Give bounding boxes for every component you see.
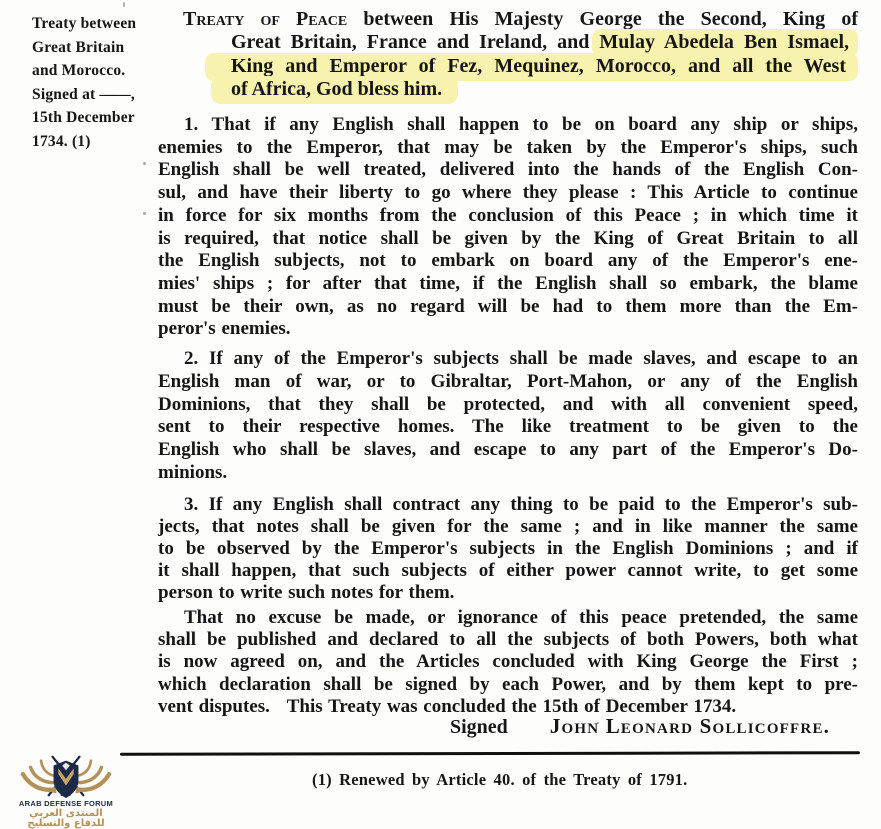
scan-artifact-dot (143, 212, 146, 215)
text-line: That no excuse be made, or ignorance of … (158, 607, 858, 629)
heading-line: of Africa, God bless him. (158, 78, 858, 101)
text-line: jects, that notes shall be given for the… (158, 516, 858, 538)
text-line: sent to their respective homes. The like… (158, 416, 858, 439)
text-line: minions. (158, 462, 858, 485)
text-line: Dominions, that they shall be protected,… (158, 394, 858, 417)
text-line: enemies to the Emperor, that may be take… (158, 137, 858, 160)
margin-note-line: Signed at ——, (32, 83, 156, 107)
text-line: shall be published and declared to all t… (158, 629, 858, 651)
article-1: 1. That if any English shall happen to b… (158, 114, 858, 341)
heading-line: Great Britain, France and Ireland, and M… (158, 31, 858, 54)
text-line: English shall be well treated, delivered… (158, 159, 858, 182)
margin-note-line: 15th December (32, 106, 156, 130)
signature-line: SignedJohn Leonard Sollicoffre. (158, 714, 858, 739)
text-line: to be observed by the Emperor's subjects… (158, 538, 858, 560)
text-line: person to write such notes for them. (158, 582, 858, 604)
text-line: which declaration shall be signed by eac… (158, 674, 858, 696)
footnote-text: (1) Renewed by Article 40. of the Treaty… (312, 770, 687, 790)
article-3: 3. If any English shall contract any thi… (158, 494, 858, 604)
scan-artifact-dot (597, 722, 599, 724)
signed-label: Signed (450, 716, 508, 738)
margin-note-line: Great Britain (32, 36, 156, 60)
text-line: the English subjects, not to embark on b… (158, 250, 858, 273)
text-line: is required, that notice shall be given … (158, 228, 858, 251)
text-line: peror's enemies. (158, 318, 858, 341)
closing-paragraph: That no excuse be made, or ignorance of … (158, 607, 858, 718)
highlighted-text: of Africa, God bless him. (211, 76, 458, 104)
heading-text: Great Britain, France and Ireland, and (231, 31, 599, 53)
text-line: English who shall be slaves, and escape … (158, 439, 858, 462)
margin-note-line: and Morocco. (32, 59, 156, 83)
scan-artifact-dot (123, 2, 125, 7)
text-line: 1. That if any English shall happen to b… (158, 114, 858, 137)
scanned-treaty-page: Treaty between Great Britain and Morocco… (0, 0, 881, 829)
text-line: 2. If any of the Emperor's subjects shal… (158, 348, 858, 371)
treaty-text-column: Treaty of Peace between His Majesty Geor… (158, 0, 858, 829)
text-line: mies' ships ; for after that time, if th… (158, 273, 858, 296)
text-line: English man of war, or to Gibraltar, Por… (158, 371, 858, 394)
heading-line: Treaty of Peace between His Majesty Geor… (158, 8, 858, 31)
text-line: sul, and have their liberty to go where … (158, 182, 858, 205)
text-line: must be their own, as no regard will be … (158, 296, 858, 319)
text-line: in force for six months from the conclus… (158, 205, 858, 228)
scan-artifact-dot (143, 162, 146, 165)
text-line: is now agreed on, and the Articles concl… (158, 651, 858, 673)
treaty-heading: Treaty of Peace between His Majesty Geor… (158, 8, 858, 102)
signatory-name: John Leonard Sollicoffre. (550, 714, 830, 738)
margin-note-line: 1734. (1) (32, 130, 156, 154)
forum-name-arabic: المنتدى العربي للدفاع والتسليح (14, 809, 118, 829)
heading-text: between His Majesty George the Second, K… (347, 8, 858, 30)
forum-monogram: DA (14, 792, 118, 799)
text-line: it shall happen, that such subjects of e… (158, 560, 858, 582)
heading-smallcaps: Treaty of Peace (183, 8, 347, 30)
article-2: 2. If any of the Emperor's subjects shal… (158, 348, 858, 485)
text-line: 3. If any English shall contract any thi… (158, 494, 858, 516)
arab-defense-forum-watermark: DA ARAB DEFENSE FORUM المنتدى العربي للد… (14, 753, 118, 829)
margin-note: Treaty between Great Britain and Morocco… (32, 12, 156, 154)
margin-note-line: Treaty between (32, 12, 156, 36)
heading-line: King and Emperor of Fez, Mequinez, Moroc… (158, 55, 858, 78)
forum-name-english: ARAB DEFENSE FORUM (14, 800, 118, 808)
